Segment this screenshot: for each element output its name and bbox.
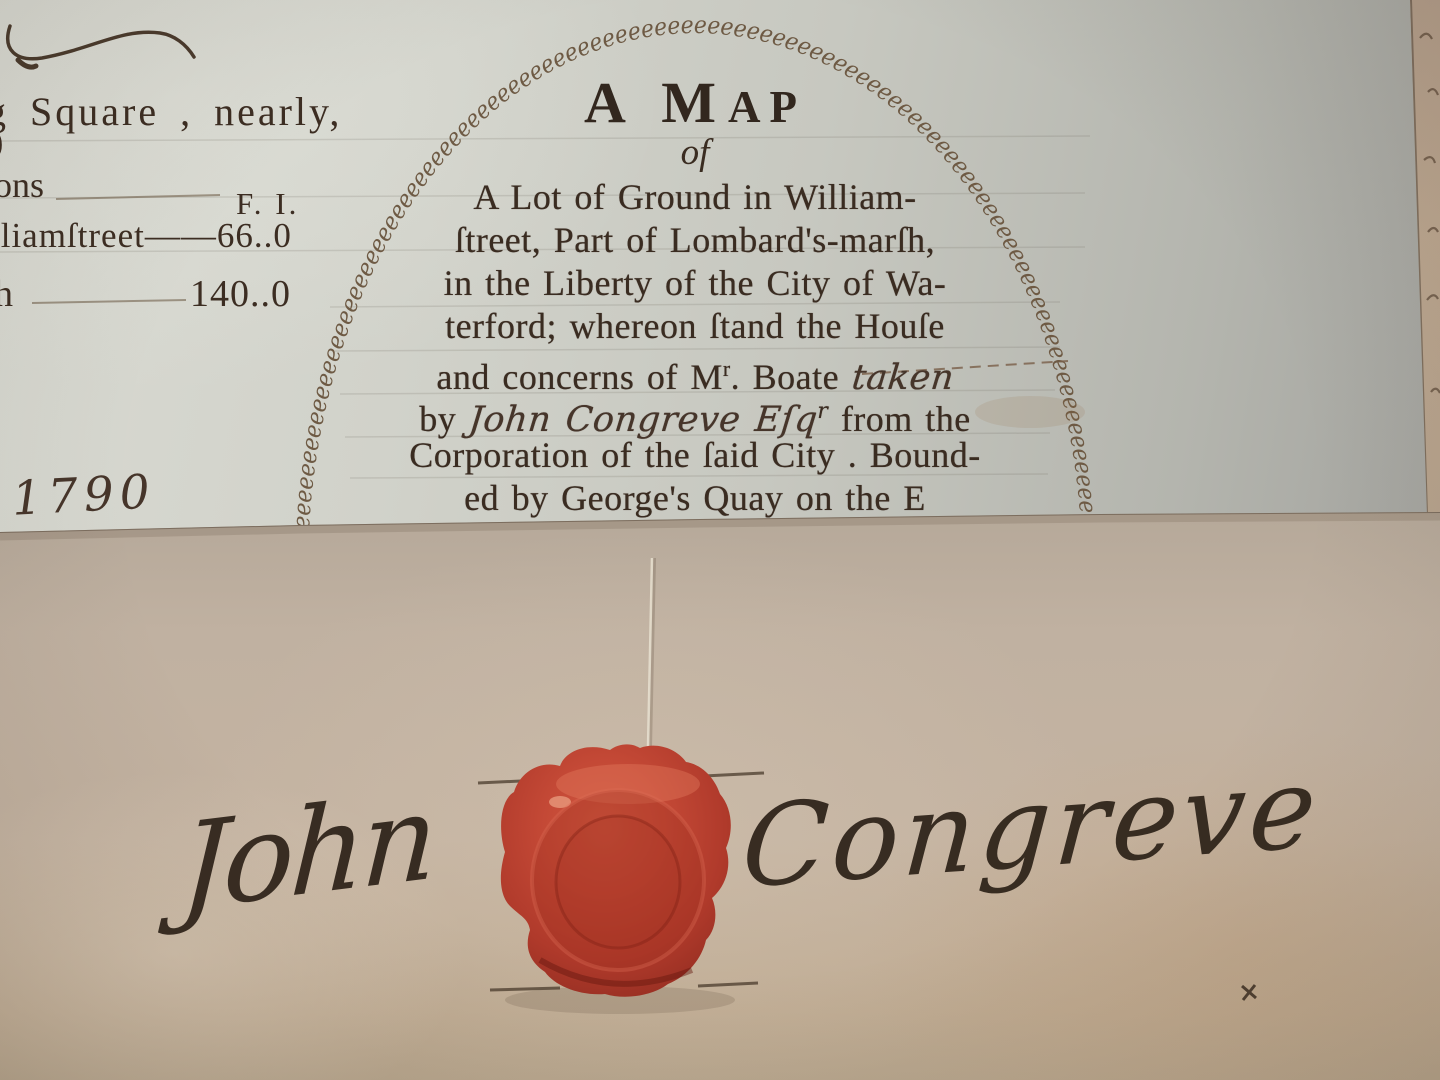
text-segment: in the Liberty of the City of Wa- — [444, 263, 947, 303]
cartouche-line: A Lot of Ground in William- — [325, 176, 1065, 219]
map-title-sheet: eeeeeeeeeeeeeeeeeeeeeeeeeeeeeeeeeeeeeeee… — [0, 0, 1440, 540]
text-segment: r — [723, 356, 731, 381]
cartouche-line: in the Liberty of the City of Wa- — [325, 262, 1065, 305]
text-segment: taken — [849, 357, 955, 399]
margin-measurement-label: h — [0, 272, 13, 316]
cartouche-text: A MAP of A Lot of Ground in William- ſtr… — [325, 70, 1065, 520]
cartouche-line: ſtreet, Part of Lombard's-marſh, — [325, 219, 1065, 262]
text-segment: AP — [728, 82, 806, 132]
map-title-of: of — [325, 136, 1065, 176]
cartouche-line: by John Congreve Eſqr from the — [325, 391, 1065, 434]
cartouche-line: and concerns of Mr. Boate taken — [325, 348, 1065, 391]
margin-measurement-street: lliamſtreet——66..0 — [0, 216, 292, 256]
seal-impression-center — [556, 816, 680, 948]
pen-flourish-tail — [18, 60, 36, 67]
folded-parchment: John Congreve — [0, 505, 1440, 1080]
text-segment: A Lot of Ground in William- — [473, 177, 916, 217]
ink-mark — [1242, 985, 1256, 1000]
text-segment: Corporation of the ſaid City . Bound- — [409, 435, 980, 475]
document-photo: eeeeeeeeeeeeeeeeeeeeeeeeeeeeeeeeeeeeeeee… — [0, 0, 1440, 1080]
text-segment: from the — [828, 399, 970, 439]
margin-note-square: g Square , nearly, — [0, 88, 342, 135]
pen-flourish — [8, 26, 194, 59]
text-segment: terford; whereon ſtand the Houſe — [445, 306, 945, 346]
adjacent-page-writing — [1420, 34, 1440, 393]
margin-measurement-value: 140..0 — [190, 272, 291, 316]
text-segment: ſtreet, Part of Lombard's-marſh, — [455, 220, 935, 260]
cartouche-line: ed by George's Quay on the E — [325, 477, 1065, 520]
margin-note-ons: ons — [0, 164, 44, 206]
text-segment: by — [419, 399, 469, 439]
map-title: A MAP — [325, 70, 1065, 136]
partial-character: ) — [0, 124, 3, 162]
cartouche-line: terford; whereon ſtand the Houſe — [325, 305, 1065, 348]
margin-year: 1790 — [11, 464, 157, 526]
text-segment: ed by George's Quay on the E — [464, 478, 926, 518]
text-segment: John Congreve Eſq — [466, 399, 819, 441]
text-segment: A M — [584, 70, 728, 135]
